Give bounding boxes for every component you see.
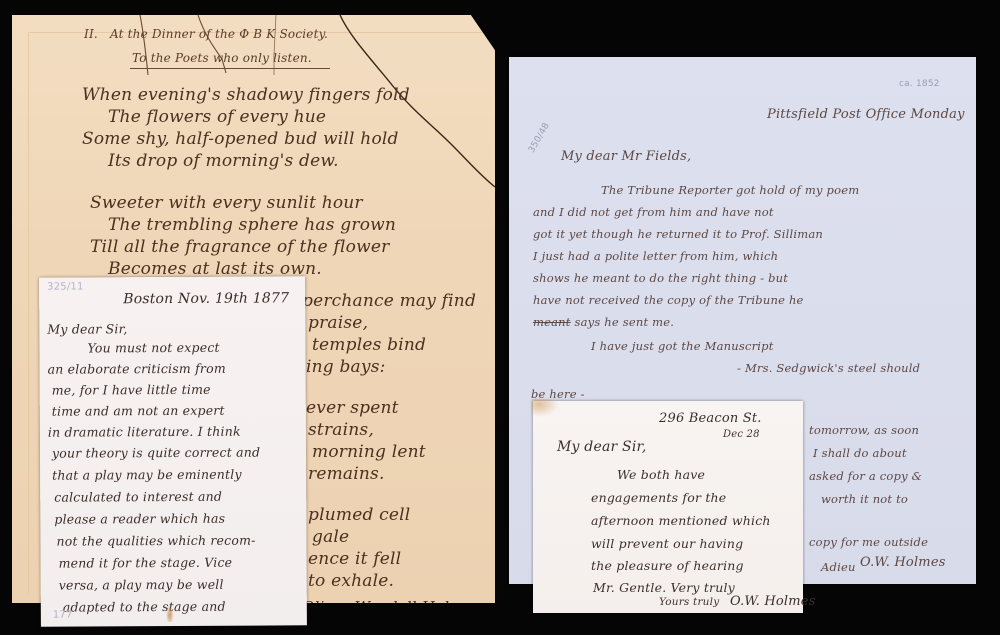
letter-line: meant says he sent me. bbox=[533, 315, 674, 329]
poem-fragment: gale bbox=[312, 527, 349, 547]
note-line: that a play may be eminently bbox=[52, 467, 242, 483]
poem-line: When evening's shadowy fingers fold bbox=[82, 85, 410, 105]
note-line: calculated to interest and bbox=[54, 489, 222, 505]
poem-fragment: ever spent bbox=[306, 398, 399, 418]
note-closing: Yours truly O.W. Holmes bbox=[659, 594, 816, 609]
note-card-boston: 325/11 Boston Nov. 19th 1877 My dear Sir… bbox=[39, 276, 307, 626]
poem-signature: Oliver Wendell Holmes bbox=[302, 598, 481, 616]
poem-heading: II. At the Dinner of the Φ B K Society. bbox=[84, 27, 328, 41]
note-line: an elaborate criticism from bbox=[48, 361, 226, 377]
subtitle-underline bbox=[130, 68, 330, 69]
note-line: versa, a play may be well bbox=[59, 577, 224, 593]
letter-partial-line: I shall do about bbox=[813, 446, 907, 460]
note-line: the pleasure of hearing bbox=[591, 558, 744, 573]
poem-line: Till all the fragrance of the flower bbox=[90, 237, 389, 257]
struck-word: meant bbox=[533, 315, 571, 329]
letter-signature: O.W. Holmes bbox=[860, 555, 946, 570]
heading-number: II. bbox=[84, 27, 98, 41]
note-line: mend it for the stage. Vice bbox=[59, 555, 233, 571]
note-line: engagements for the bbox=[591, 490, 726, 505]
pencil-date-note: ca. 1852 bbox=[899, 79, 940, 89]
note-line: We both have bbox=[617, 467, 705, 482]
closing-text: Yours truly bbox=[659, 596, 719, 608]
note-line: your theory is quite correct and bbox=[52, 445, 260, 461]
letter-closing: Adieu bbox=[821, 560, 856, 574]
poem-line: The trembling sphere has grown bbox=[108, 215, 396, 235]
note-line: will prevent our having bbox=[591, 536, 743, 551]
note-date: Dec 28 bbox=[723, 429, 760, 440]
letter-line: I have just got the Manuscript bbox=[591, 339, 774, 353]
heading-title: At the Dinner of the Φ B K Society. bbox=[110, 27, 328, 41]
letter-line-text: says he sent me. bbox=[574, 315, 674, 329]
poem-fragment: to exhale. bbox=[308, 571, 394, 591]
letter-salutation: My dear Mr Fields, bbox=[561, 149, 691, 164]
letter-line: The Tribune Reporter got hold of my poem bbox=[601, 183, 859, 197]
poem-line: Its drop of morning's dew. bbox=[108, 151, 339, 171]
letter-partial-line: worth it not to bbox=[821, 492, 908, 506]
letter-partial-line: tomorrow, as soon bbox=[809, 423, 919, 437]
note-signature: O.W. Holmes bbox=[730, 594, 816, 609]
letter-line: - Mrs. Sedgwick's steel should bbox=[737, 361, 920, 375]
poem-fragment: strains, bbox=[308, 420, 374, 440]
poem-fragment: ence it fell bbox=[308, 549, 401, 569]
letter-line: I just had a polite letter from him, whi… bbox=[533, 249, 778, 263]
note-line: Mr. Gentle. Very truly bbox=[593, 580, 735, 595]
letter-partial-line: copy for me outside bbox=[809, 535, 928, 549]
poem-fragment: morning lent bbox=[312, 442, 426, 462]
poem-line: Some shy, half-opened bud will hold bbox=[82, 129, 399, 149]
letter-line: and I did not get from him and have not bbox=[533, 205, 774, 219]
note-line: adapted to the stage and bbox=[63, 599, 226, 615]
poem-fragment: praise, bbox=[308, 313, 368, 333]
pencil-catalog-number: 325/11 bbox=[47, 281, 83, 292]
note-salutation: My dear Sir, bbox=[47, 321, 127, 336]
letter-line: have not received the copy of the Tribun… bbox=[533, 293, 804, 307]
paper-stain bbox=[531, 399, 559, 417]
poem-line: The flowers of every hue bbox=[108, 107, 326, 127]
paper-stain bbox=[166, 604, 174, 622]
note-line: afternoon mentioned which bbox=[591, 513, 771, 528]
note-card-beacon-st: 296 Beacon St. Dec 28 My dear Sir, We bo… bbox=[533, 401, 803, 613]
note-line: time and am not an expert bbox=[52, 403, 225, 419]
pencil-page-number: 177 bbox=[53, 610, 73, 621]
poem-fragment: perchance may find bbox=[302, 291, 476, 311]
poem-line: Sweeter with every sunlit hour bbox=[90, 193, 363, 213]
note-salutation: My dear Sir, bbox=[557, 439, 647, 455]
letter-line: got it yet though he returned it to Prof… bbox=[533, 227, 823, 241]
poem-fragment: ing bays: bbox=[306, 357, 386, 377]
note-line: please a reader which has bbox=[54, 511, 225, 527]
note-dateline: Boston Nov. 19th 1877 bbox=[123, 290, 289, 307]
poem-subtitle: To the Poets who only listen. bbox=[132, 51, 312, 65]
note-address: 296 Beacon St. bbox=[659, 411, 762, 426]
pencil-catalog-number: 350/48 bbox=[527, 121, 552, 154]
letter-partial-line: asked for a copy & bbox=[809, 469, 922, 483]
poem-fragment: remains. bbox=[308, 464, 385, 484]
letter-line: shows he meant to do the right thing - b… bbox=[533, 271, 788, 285]
note-line: in dramatic literature. I think bbox=[48, 424, 241, 440]
poem-fragment: temples bind bbox=[312, 335, 426, 355]
note-line: me, for I have little time bbox=[52, 382, 211, 398]
note-line: not the qualities which recom- bbox=[56, 533, 255, 549]
letter-dateline: Pittsfield Post Office Monday bbox=[767, 107, 965, 122]
poem-fragment: plumed cell bbox=[308, 505, 410, 525]
note-line: You must not expect bbox=[87, 340, 219, 356]
